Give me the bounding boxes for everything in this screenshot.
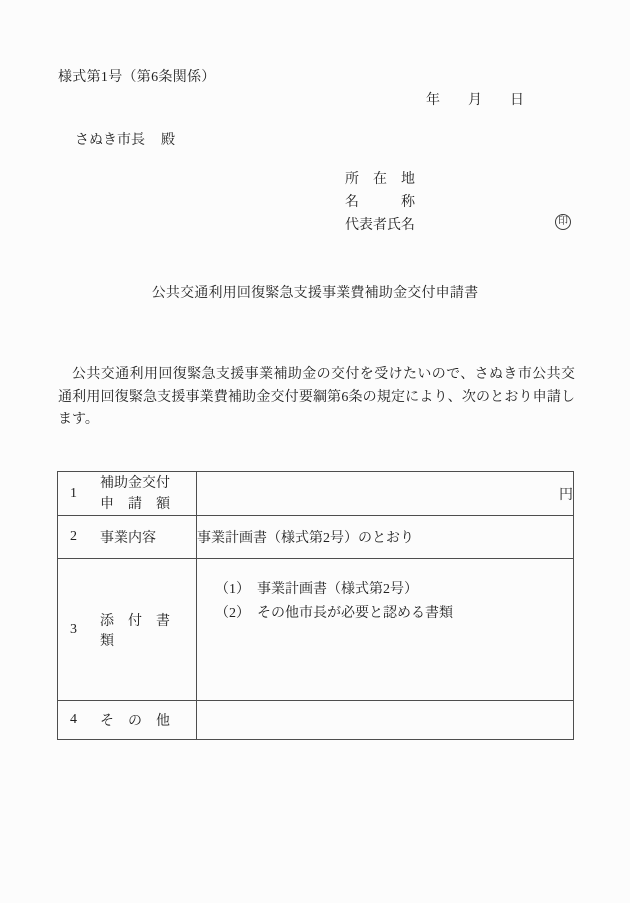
- date-line: 年 月 日: [426, 89, 524, 109]
- row-number: 4: [70, 712, 100, 728]
- table-row-other: 4 そ の 他: [58, 701, 574, 740]
- applicant-block: 所 在 地 名 称 代表者氏名: [345, 168, 415, 237]
- amount-unit: 円: [559, 488, 573, 503]
- addressee-line: さぬき市長殿: [75, 129, 175, 149]
- document-title: 公共交通利用回復緊急支援事業費補助金交付申請書: [0, 282, 630, 302]
- table-row-attachments: 3 添 付 書 類 （1） 事業計画書（様式第2号） （2） その他市長が必要と…: [58, 559, 574, 701]
- amount-label-cell: 1 補助金交付 申 請 額: [58, 472, 197, 516]
- row-label: 事業内容: [100, 527, 156, 547]
- form-number: 様式第1号（第6条関係）: [58, 66, 216, 86]
- row-label: そ の 他: [100, 710, 170, 730]
- applicant-name-label: 名 称: [345, 191, 415, 214]
- addressee-name: さぬき市長: [75, 133, 145, 148]
- attachment-item: （2） その他市長が必要と認める書類: [215, 602, 573, 626]
- row-number: 2: [70, 529, 100, 545]
- applicant-address-label: 所 在 地: [345, 168, 415, 191]
- business-value: 事業計画書（様式第2号）のとおり: [197, 531, 414, 546]
- business-value-cell: 事業計画書（様式第2号）のとおり: [197, 516, 574, 559]
- other-label-cell: 4 そ の 他: [58, 701, 197, 740]
- addressee-honorific: 殿: [161, 133, 175, 148]
- row-label-line: 補助金交付: [100, 473, 170, 494]
- applicant-representative-label: 代表者氏名: [345, 214, 415, 237]
- amount-value-cell: 円: [197, 472, 574, 516]
- application-table: 1 補助金交付 申 請 額 円 2 事業内容 事業計画書（様式: [57, 471, 574, 740]
- attachments-value-cell: （1） 事業計画書（様式第2号） （2） その他市長が必要と認める書類: [197, 559, 574, 701]
- attachments-label-cell: 3 添 付 書 類: [58, 559, 197, 701]
- seal-text: 印: [558, 217, 568, 227]
- row-label-line: 申 請 額: [100, 494, 170, 515]
- seal-icon: 印: [555, 214, 571, 230]
- application-form-page: 様式第1号（第6条関係） 年 月 日 さぬき市長殿 所 在 地 名 称 代表者氏…: [0, 0, 630, 903]
- business-label-cell: 2 事業内容: [58, 516, 197, 559]
- row-number: 3: [70, 622, 100, 638]
- attachment-item: （1） 事業計画書（様式第2号）: [215, 578, 573, 602]
- table-row-business: 2 事業内容 事業計画書（様式第2号）のとおり: [58, 516, 574, 559]
- table-row-amount: 1 補助金交付 申 請 額 円: [58, 472, 574, 516]
- other-value-cell: [197, 701, 574, 740]
- body-paragraph: 公共交通利用回復緊急支援事業補助金の交付を受けたいので、さぬき市公共交通利用回復…: [58, 364, 575, 432]
- row-number: 1: [70, 486, 100, 502]
- row-label: 添 付 書 類: [100, 610, 196, 650]
